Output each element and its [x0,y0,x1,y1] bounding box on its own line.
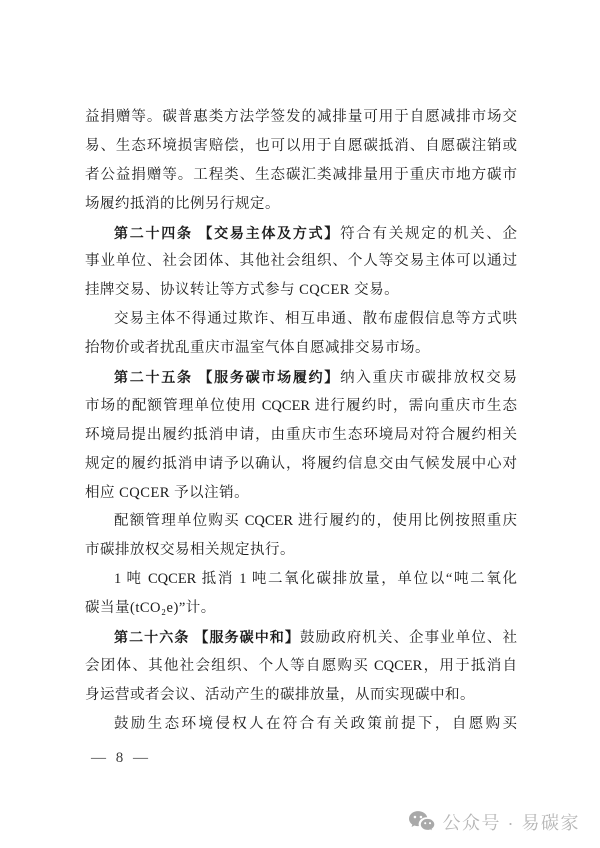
body-text: 鼓励生态环境侵权人在符合有关政策前提下，自愿购买 [114,716,517,732]
text-line: 配额管理单位购买 CQCER 进行履约的，使用比例按照重庆 [85,507,517,536]
text-line: 碳当量(tCO₂e)”计。 [85,594,517,623]
text-line: 鼓励生态环境侵权人在符合有关政策前提下，自愿购买 [85,710,517,739]
article-heading-text: 第二十五条 【服务碳市场履约】 [114,369,340,385]
body-text: 市场的配额管理单位使用 CQCER 进行履约时，需向重庆市生态 [85,398,517,414]
text-line: 第二十六条 【服务碳中和】鼓励政府机关、企事业单位、社 [85,623,517,652]
paragraph: 第二十五条 【服务碳市场履约】纳入重庆市碳排放权交易市场的配额管理单位使用 CQ… [85,363,517,507]
body-text: 挂牌交易、协议转让等方式参与 CQCER 交易。 [85,282,399,298]
paragraph: 益捐赠等。碳普惠类方法学签发的减排量可用于自愿减排市场交易、生态环境损害赔偿，也… [85,103,517,219]
document-page: 益捐赠等。碳普惠类方法学签发的减排量可用于自愿减排市场交易、生态环境损害赔偿，也… [0,0,600,848]
text-line: 身运营或者会议、活动产生的碳排放量，从而实现碳中和。 [85,681,517,710]
body-text: 场履约抵消的比例另行规定。 [85,196,280,212]
text-line: 者公益捐赠等。工程类、生态碳汇类减排量用于重庆市地方碳市 [85,161,517,190]
body-text: 纳入重庆市碳排放权交易 [340,370,517,386]
text-line: 益捐赠等。碳普惠类方法学签发的减排量可用于自愿减排市场交 [85,103,517,132]
text-line: 规定的履约抵消申请予以确认，将履约信息交由气候发展中心对 [85,450,517,479]
body-text: 规定的履约抵消申请予以确认，将履约信息交由气候发展中心对 [85,456,517,472]
article-heading-text: 第二十六条 【服务碳中和】 [114,629,300,645]
watermark: 公众号 · 易碳家 [408,809,581,835]
watermark-label: 公众号 · 易碳家 [443,809,581,835]
text-line: 事业单位、社会团体、其他社会组织、个人等交易主体可以通过 [85,247,517,276]
body-text: 益捐赠等。碳普惠类方法学签发的减排量可用于自愿减排市场交 [85,109,517,125]
paragraph: 1 吨 CQCER 抵消 1 吨二氧化碳排放量，单位以“吨二氧化碳当量(tCO₂… [85,565,517,623]
text-line: 市场的配额管理单位使用 CQCER 进行履约时，需向重庆市生态 [85,392,517,421]
body-text: 符合有关规定的机关、企 [340,226,517,242]
text-line: 第二十四条 【交易主体及方式】符合有关规定的机关、企 [85,219,517,248]
paragraph: 鼓励生态环境侵权人在符合有关政策前提下，自愿购买 [85,710,517,739]
body-text: 环境局提出履约抵消申请，由重庆市生态环境局对符合履约相关 [85,427,517,443]
body-text: 配额管理单位购买 CQCER 进行履约的，使用比例按照重庆 [114,513,517,529]
article-heading-text: 第二十四条 【交易主体及方式】 [114,225,340,241]
text-line: 场履约抵消的比例另行规定。 [85,190,517,219]
paragraph: 配额管理单位购买 CQCER 进行履约的，使用比例按照重庆市碳排放权交易相关规定… [85,507,517,565]
body-text: 抬物价或者扰乱重庆市温室气体自愿减排交易市场。 [85,340,430,356]
text-line: 市碳排放权交易相关规定执行。 [85,536,517,565]
text-line: 挂牌交易、协议转让等方式参与 CQCER 交易。 [85,276,517,305]
body-text: 会团体、其他社会组织、个人等自愿购买 CQCER，用于抵消自 [85,658,517,674]
page-number: — 8 — [91,750,151,767]
wechat-icon [408,810,436,834]
text-line: 1 吨 CQCER 抵消 1 吨二氧化碳排放量，单位以“吨二氧化 [85,565,517,594]
text-line: 环境局提出履约抵消申请，由重庆市生态环境局对符合履约相关 [85,421,517,450]
text-line: 会团体、其他社会组织、个人等自愿购买 CQCER，用于抵消自 [85,652,517,681]
text-line: 易、生态环境损害赔偿，也可以用于自愿碳抵消、自愿碳注销或 [85,132,517,161]
text-line: 第二十五条 【服务碳市场履约】纳入重庆市碳排放权交易 [85,363,517,392]
body-text: 碳当量(tCO₂e)”计。 [85,600,216,616]
body-text: 身运营或者会议、活动产生的碳排放量，从而实现碳中和。 [85,687,475,703]
text-line: 相应 CQCER 予以注销。 [85,479,517,508]
paragraph: 第二十四条 【交易主体及方式】符合有关规定的机关、企事业单位、社会团体、其他社会… [85,219,517,306]
document-body: 益捐赠等。碳普惠类方法学签发的减排量可用于自愿减排市场交易、生态环境损害赔偿，也… [85,103,517,739]
body-text: 相应 CQCER 予以注销。 [85,485,249,501]
text-line: 抬物价或者扰乱重庆市温室气体自愿减排交易市场。 [85,334,517,363]
body-text: 事业单位、社会团体、其他社会组织、个人等交易主体可以通过 [85,253,517,269]
body-text: 易、生态环境损害赔偿，也可以用于自愿碳抵消、自愿碳注销或 [85,138,517,154]
body-text: 市碳排放权交易相关规定执行。 [85,542,295,558]
paragraph: 第二十六条 【服务碳中和】鼓励政府机关、企事业单位、社会团体、其他社会组织、个人… [85,623,517,710]
body-text: 交易主体不得通过欺诈、相互串通、散布虚假信息等方式哄 [114,311,517,327]
body-text: 鼓励政府机关、企事业单位、社 [300,630,517,646]
paragraph: 交易主体不得通过欺诈、相互串通、散布虚假信息等方式哄抬物价或者扰乱重庆市温室气体… [85,305,517,363]
body-text: 者公益捐赠等。工程类、生态碳汇类减排量用于重庆市地方碳市 [85,167,517,183]
text-line: 交易主体不得通过欺诈、相互串通、散布虚假信息等方式哄 [85,305,517,334]
body-text: 1 吨 CQCER 抵消 1 吨二氧化碳排放量，单位以“吨二氧化 [114,571,517,587]
